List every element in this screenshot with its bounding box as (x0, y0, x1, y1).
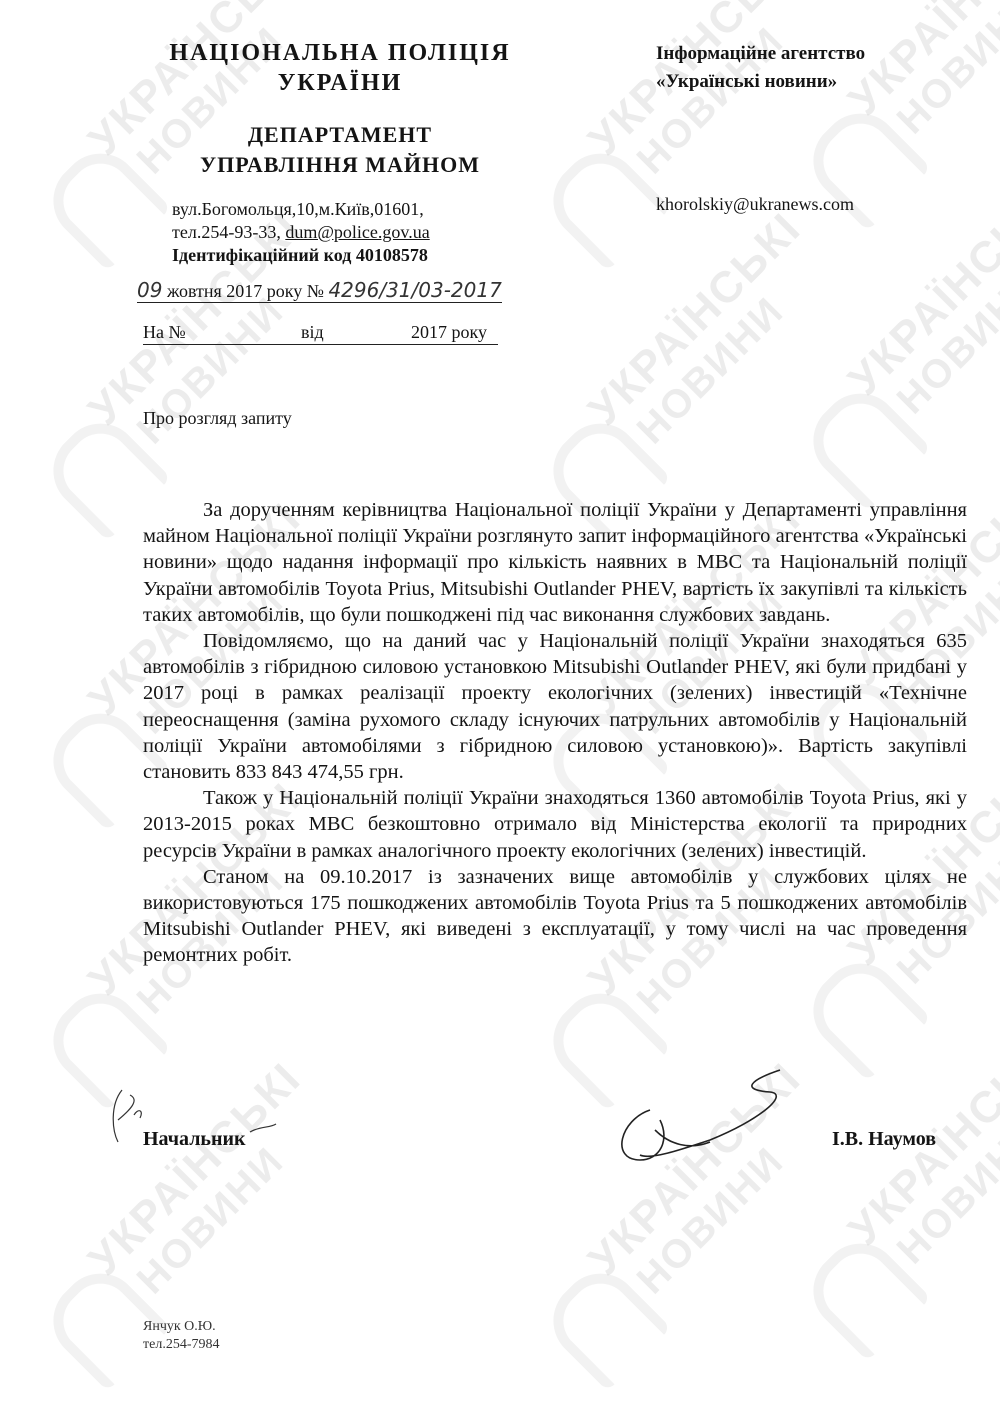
body-paragraph: Повідомляємо, що на даний час у Націонал… (143, 628, 967, 785)
sender-department: ДЕПАРТАМЕНТ УПРАВЛІННЯ МАЙНОМ (140, 120, 540, 180)
initials-signature-icon (100, 1080, 280, 1150)
sender-contacts: вул.Богомольця,10,м.Київ,01601, тел.254-… (140, 198, 540, 267)
reference-line: На № від 2017 року (143, 322, 498, 345)
letter-body: За дорученням керівництва Національної п… (143, 497, 967, 969)
watermark: УКРАЇНСЬКІНОВИНИ (769, 229, 1000, 512)
handwritten-signature-icon (530, 1060, 810, 1170)
sender-phone-email: тел.254-93-33, dum@police.gov.ua (172, 221, 540, 244)
signatory-name: І.В. Наумов (832, 1128, 936, 1151)
handwritten-number: 4296/31/03-2017 (328, 278, 501, 302)
ref-from-label: від (301, 322, 324, 343)
date-text: жовтня 2017 року № (167, 281, 324, 301)
sender-phone: тел.254-93-33, (172, 222, 281, 242)
ref-year-label: 2017 року (411, 322, 487, 343)
recipient-agency: Інформаційне агентство «Українські новин… (656, 40, 956, 96)
handwritten-day: 09 (137, 278, 162, 302)
executor-info: Янчук О.Ю. тел.254-7984 (143, 1318, 219, 1354)
outgoing-date-number: 09 жовтня 2017 року № 4296/31/03-2017 (137, 278, 502, 302)
body-paragraph: Станом на 09.10.2017 із зазначених вище … (143, 864, 967, 969)
body-paragraph: Також у Національній поліції України зна… (143, 785, 967, 864)
subject-line: Про розгляд запиту (143, 408, 292, 429)
sender-id-code: Ідентифікаційний код 40108578 (172, 244, 540, 267)
body-paragraph: За дорученням керівництва Національної п… (143, 497, 967, 628)
ref-number-label: На № (143, 322, 186, 343)
recipient-header: Інформаційне агентство «Українські новин… (656, 40, 956, 215)
sender-address: вул.Богомольця,10,м.Київ,01601, (172, 198, 540, 221)
sender-header: НАЦІОНАЛЬНА ПОЛІЦІЯ УКРАЇНИ ДЕПАРТАМЕНТ … (140, 38, 540, 267)
sender-org: НАЦІОНАЛЬНА ПОЛІЦІЯ УКРАЇНИ (140, 38, 540, 98)
executor-name: Янчук О.Ю. (143, 1318, 219, 1336)
executor-phone: тел.254-7984 (143, 1336, 219, 1354)
recipient-email: khorolskiy@ukranews.com (656, 194, 956, 215)
sender-email-link[interactable]: dum@police.gov.ua (285, 222, 429, 242)
